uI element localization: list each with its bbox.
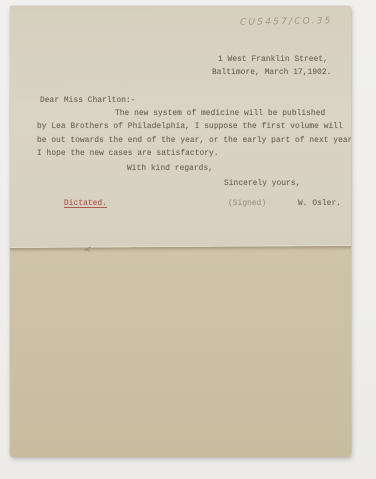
signature: W. Osler. [298,200,341,208]
regards-line: With kind regards, [127,165,213,173]
archival-annotation: CUS457/CO.35 [240,16,333,28]
body-line: The new system of medicine will be publi… [115,110,325,118]
dictated-stamp: Dictated. [64,200,107,208]
signed-stamp: (Signed) [228,200,266,208]
body-line: by Lea Brothers of Philadelphia, I suppo… [37,123,343,131]
body-line: I hope the new cases are satisfactory. [37,150,219,158]
backing-sheet: CUS457/CO.35 1 West Franklin Street, Bal… [10,6,351,457]
photograph-of-letter: CUS457/CO.35 1 West Franklin Street, Bal… [0,0,376,479]
date-line: Baltimore, March 17,1902. [212,69,331,77]
address-line: 1 West Franklin Street, [218,56,328,64]
salutation: Dear Miss Charlton:- [40,97,136,105]
closing-line: Sincerely yours, [224,180,300,188]
body-line: be out towards the end of the year, or t… [37,137,351,145]
